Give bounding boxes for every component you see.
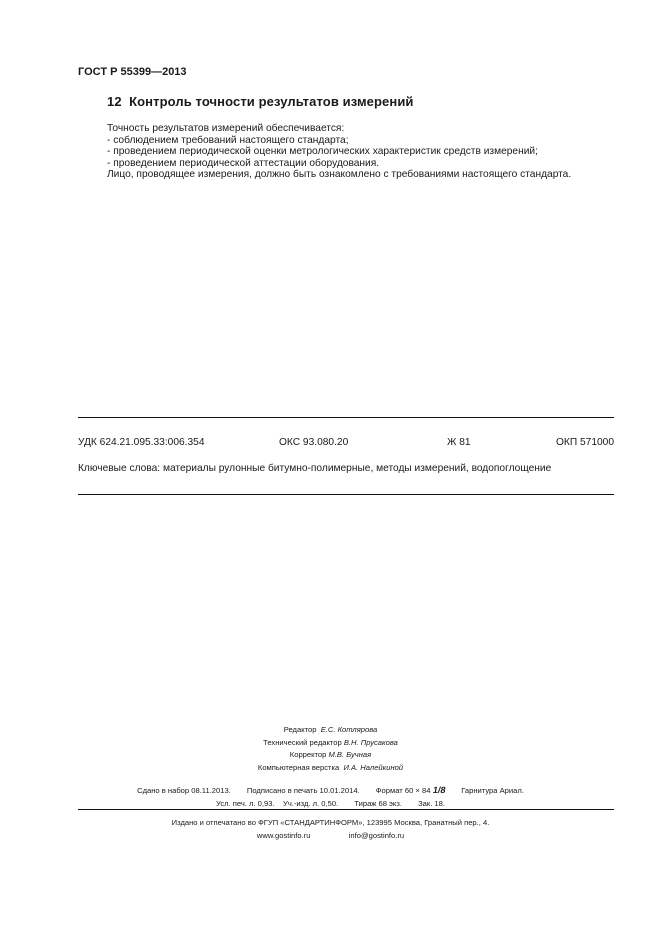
oks-code: ОКС 93.080.20 xyxy=(279,437,348,448)
publisher-contacts: www.gostinfo.ru info@gostinfo.ru xyxy=(0,830,661,843)
body-line: - проведением периодической оценки метро… xyxy=(107,146,571,158)
section-title: Контроль точности результатов измерений xyxy=(129,94,413,109)
publisher-address: Издано и отпечатано во ФГУП «СТАНДАРТИНФ… xyxy=(0,817,661,830)
udk-code: УДК 624.21.095.33:006.354 xyxy=(78,437,204,448)
body-line: Точность результатов измерений обеспечив… xyxy=(107,123,571,135)
credit-proofreader: Корректор М.В. Бучная xyxy=(0,749,661,762)
credit-editor: Редактор Е.С. Котлярова xyxy=(0,724,661,737)
divider-middle xyxy=(78,494,614,495)
publisher-block: Издано и отпечатано во ФГУП «СТАНДАРТИНФ… xyxy=(0,817,661,842)
zh-code: Ж 81 xyxy=(447,437,471,448)
document-code: ГОСТ Р 55399—2013 xyxy=(78,66,187,78)
section-body: Точность результатов измерений обеспечив… xyxy=(107,123,571,181)
section-heading: 12 Контроль точности результатов измерен… xyxy=(107,94,414,109)
section-number: 12 xyxy=(107,94,122,109)
website-link[interactable]: www.gostinfo.ru xyxy=(257,831,311,840)
credits-block: Редактор Е.С. Котлярова Технический реда… xyxy=(0,724,661,774)
divider-bottom xyxy=(78,809,614,810)
format-fraction: 1/8 xyxy=(431,784,446,797)
credit-tech-editor: Технический редактор В.Н. Прусакова xyxy=(0,737,661,750)
body-line: - соблюдением требований настоящего стан… xyxy=(107,135,571,147)
imprint-block: Сдано в набор 08.11.2013. Подписано в пе… xyxy=(0,784,661,810)
credit-layout: Компьютерная верстка И.А. Налейкиной xyxy=(0,762,661,775)
body-line: Лицо, проводящее измерения, должно быть … xyxy=(107,169,571,181)
okp-code: ОКП 571000 xyxy=(556,437,614,448)
divider-top xyxy=(78,417,614,418)
body-line: - проведением периодической аттестации о… xyxy=(107,158,571,170)
imprint-line-1: Сдано в набор 08.11.2013. Подписано в пе… xyxy=(0,784,661,798)
email-link[interactable]: info@gostinfo.ru xyxy=(349,831,404,840)
keywords: Ключевые слова: материалы рулонные битум… xyxy=(78,463,551,474)
